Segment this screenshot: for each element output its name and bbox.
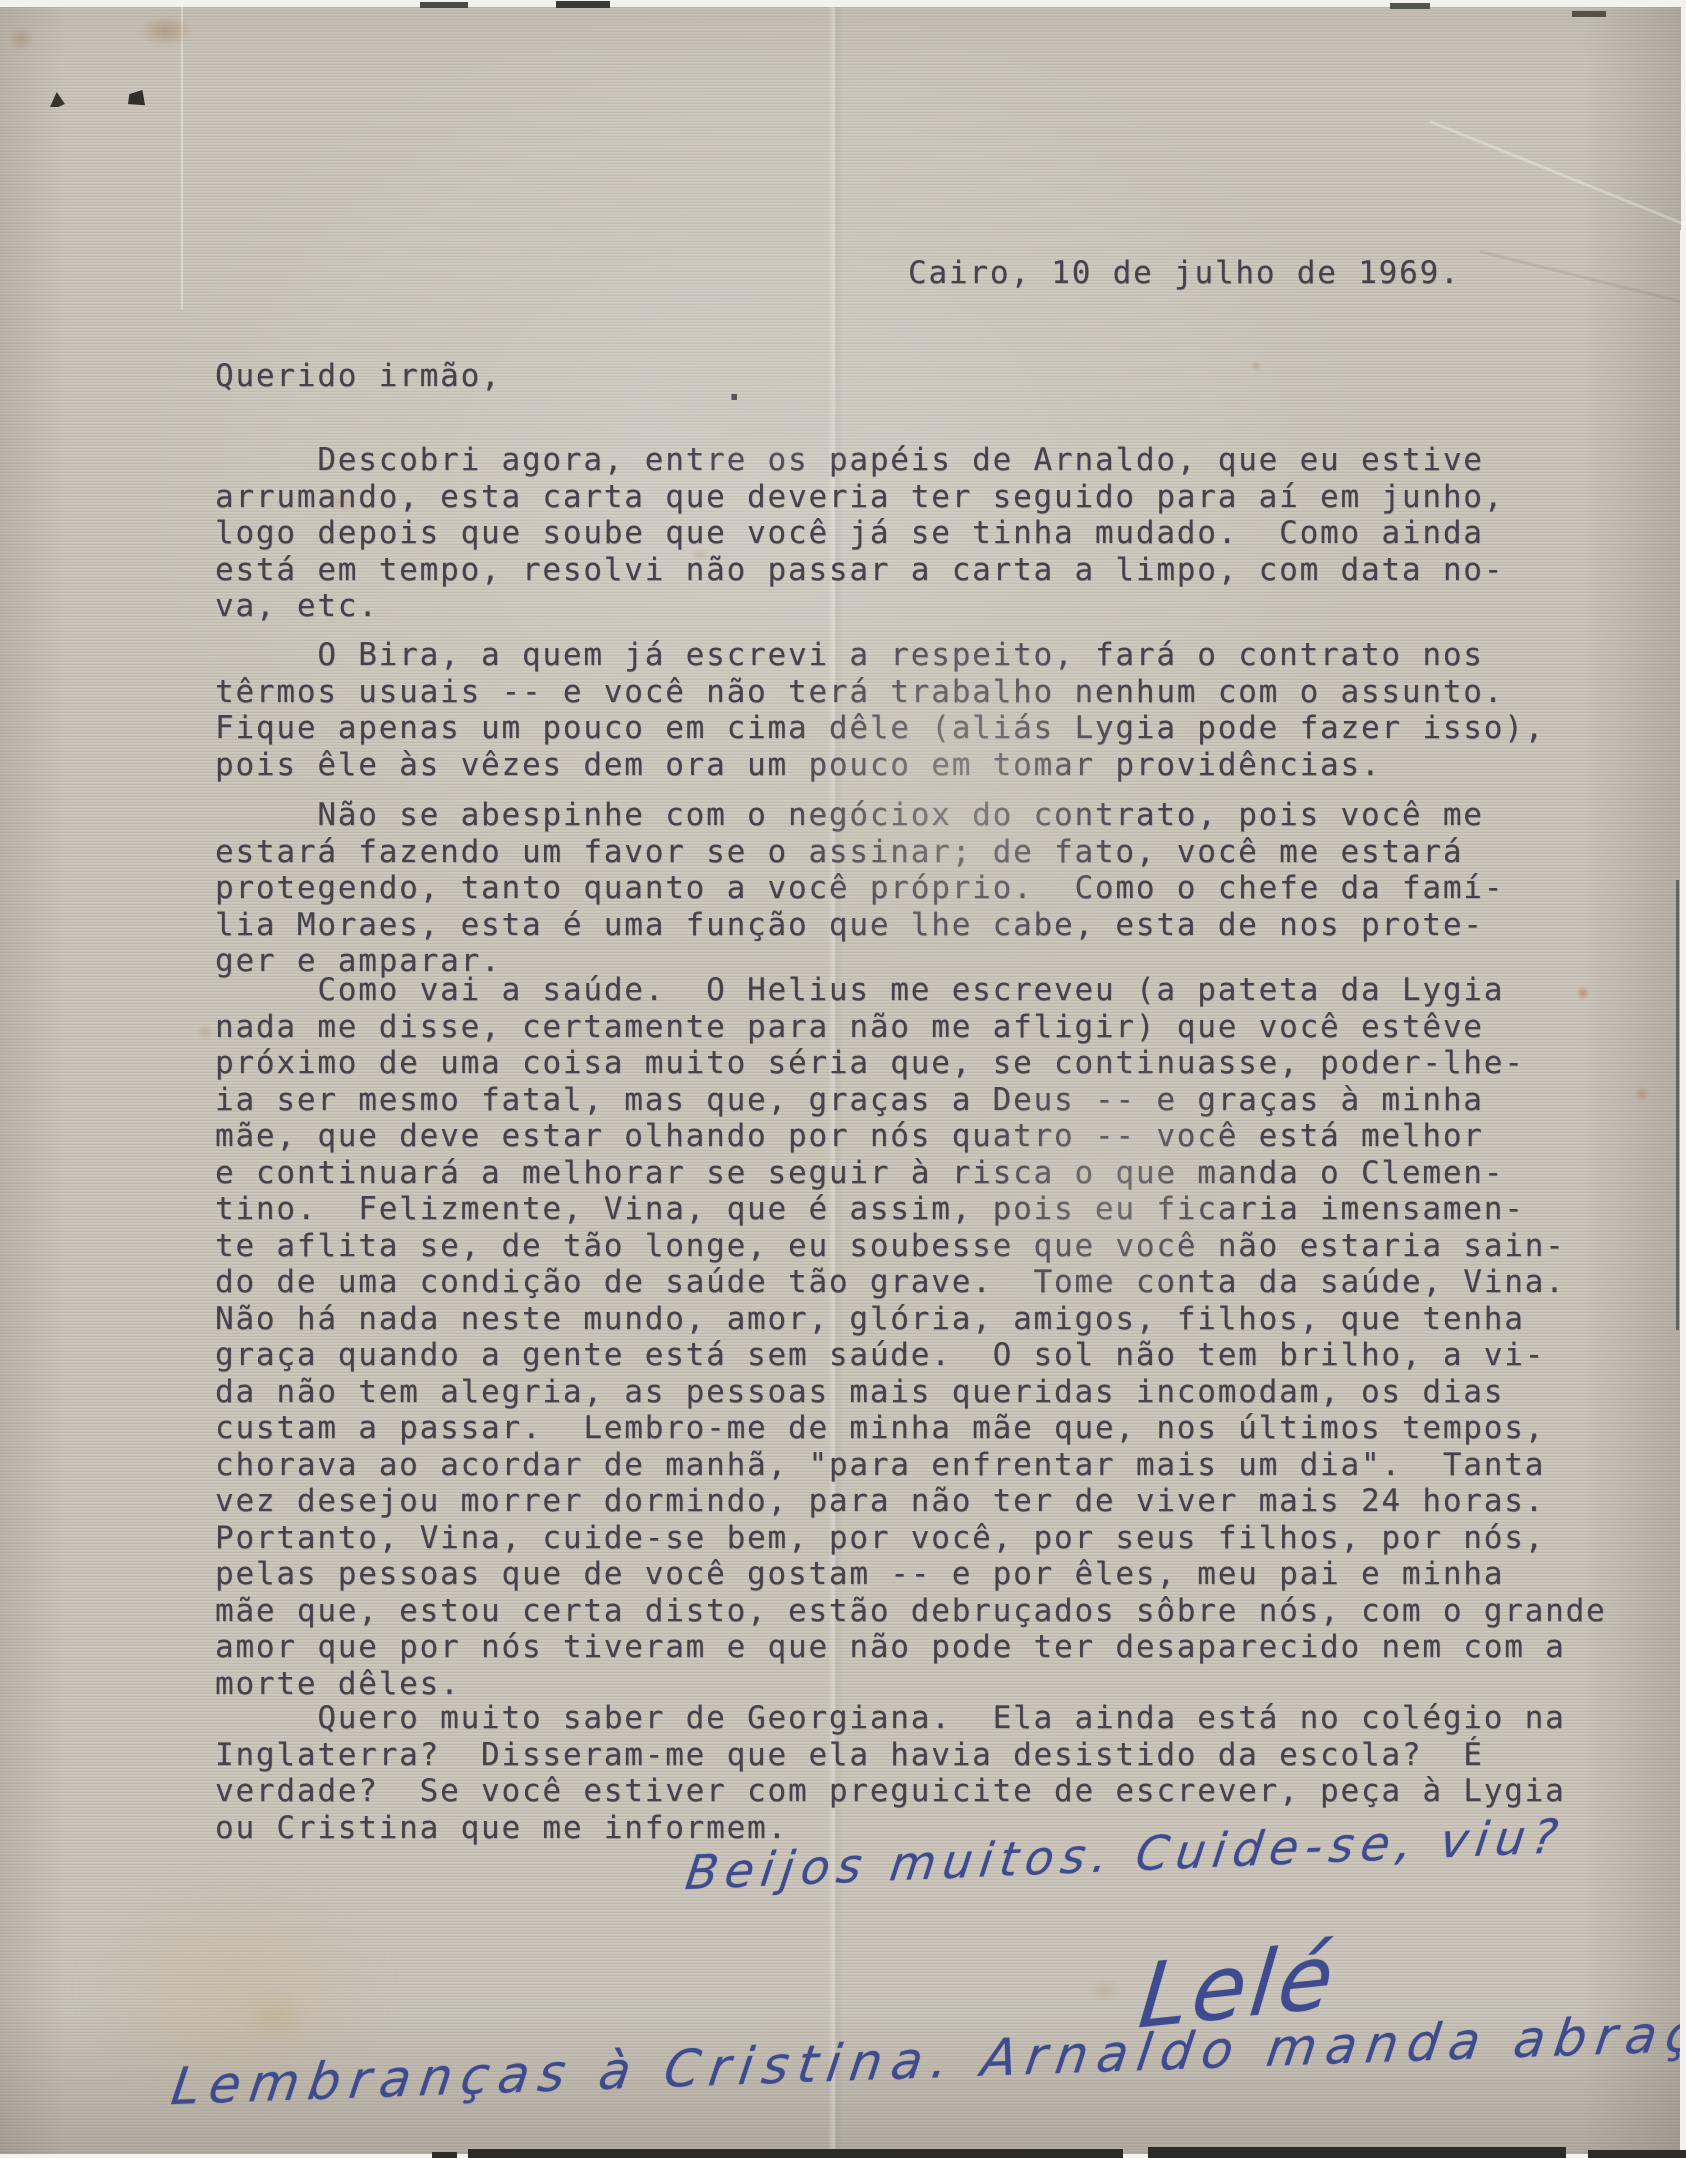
scan-edge-mark [556,1,610,8]
scan-edge-mark [1390,3,1430,9]
scan-edge-strip [1680,230,1686,2158]
scanned-letter-page: { "letter": { "dateline": "Cairo, 10 de … [0,0,1686,2158]
scan-edge-mark [1588,2150,1686,2158]
letter-salutation: Querido irmão, [215,358,1675,395]
scan-edge-mark [1572,11,1606,17]
stray-typed-period: . [724,372,744,406]
letter-paragraph-1: Descobri agora, entre os papéis de Arnal… [215,442,1675,625]
letter-dateline: Cairo, 10 de julho de 1969. [908,255,1528,292]
letter-paragraph-4: Como vai a saúde. O Helius me escreveu (… [215,972,1675,1702]
letter-paragraph-2: O Bira, a quem já escrevi a respeito, fa… [215,637,1675,783]
scan-edge-mark [420,2,468,8]
scan-edge-mark [1676,880,1679,1330]
scan-edge-mark [468,2149,1123,2158]
scan-edge-mark [1148,2147,1566,2158]
letter-paragraph-3: Não se abespinhe com o negóciox do contr… [215,797,1675,980]
scan-edge-mark [432,2152,457,2158]
